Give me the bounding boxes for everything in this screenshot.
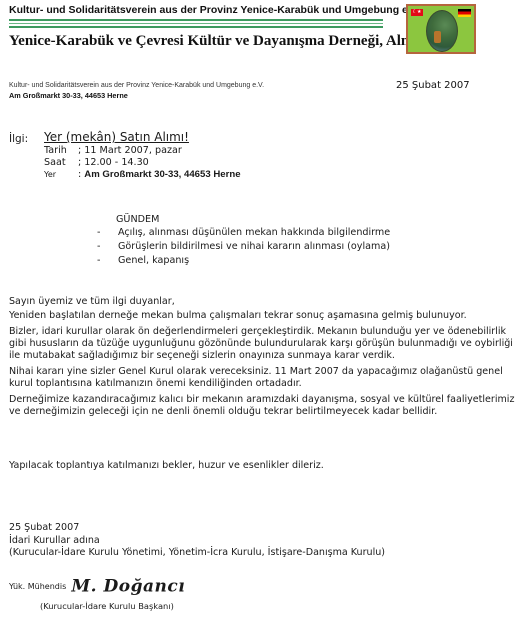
body-paragraph: Nihai kararı yine sizler Genel Kurul ola…	[9, 366, 519, 390]
meeting-place-key: Yer	[44, 170, 78, 179]
body-paragraph: Yeniden başlatılan derneğe mekan bulma ç…	[9, 310, 519, 322]
letterhead-org-name-german: Kultur- und Solidaritätsverein aus der P…	[9, 4, 420, 16]
meeting-time-row: Saat; 12.00 - 14.30	[44, 157, 149, 168]
body-paragraph: Derneğimize kazandıracağımız kalıcı bir …	[9, 394, 519, 418]
signer: Yük. Mühendis M. Doğancı	[9, 576, 185, 597]
meeting-date-key: Tarih	[44, 145, 78, 156]
bullet-dash: -	[97, 254, 118, 268]
letter-body: Sayın üyemiz ve tüm ilgi duyanlar, Yenid…	[9, 296, 519, 422]
signature-on-behalf: İdari Kurullar adına	[9, 535, 385, 548]
body-paragraph: Bizler, idari kurullar olarak ön değerle…	[9, 326, 519, 362]
signer-name: M. Doğancı	[71, 577, 185, 597]
agenda-title: GÜNDEM	[116, 214, 390, 225]
agenda-item: -Genel, kapanış	[97, 254, 390, 268]
meeting-date-value: 11 Mart 2007, pazar	[84, 145, 182, 156]
sender-name: Kultur- und Solidaritätsverein aus der P…	[9, 82, 264, 89]
meeting-place-sep: :	[78, 169, 81, 180]
agenda-item-text: Genel, kapanış	[118, 255, 189, 266]
meeting-time-value: 12.00 - 14.30	[84, 157, 149, 168]
agenda-item: -Görüşlerin bildirilmesi ve nihai kararı…	[97, 240, 390, 254]
turkey-flag-icon: ☾★	[411, 9, 423, 16]
meeting-place-value: Am Großmarkt 30-33, 44653 Herne	[84, 169, 240, 180]
bullet-dash: -	[97, 240, 118, 254]
sender-address: Am Großmarkt 30-33, 44653 Herne	[9, 91, 128, 100]
agenda-item-text: Görüşlerin bildirilmesi ve nihai kararın…	[118, 241, 390, 252]
landscape-emblem-icon	[426, 10, 458, 52]
meeting-date-row: Tarih; 11 Mart 2007, pazar	[44, 145, 182, 156]
agenda-item: -Açılış, alınması düşünülen mekan hakkın…	[97, 226, 390, 240]
germany-flag-icon	[458, 9, 471, 17]
meeting-date-sep: ;	[78, 145, 81, 156]
closing-line: Yapılacak toplantıya katılmanızı bekler,…	[9, 460, 324, 471]
letterhead-divider	[9, 19, 383, 31]
agenda-item-text: Açılış, alınması düşünülen mekan hakkınd…	[118, 227, 390, 238]
signature-committees: (Kurucular-İdare Kurulu Yönetimi, Yöneti…	[9, 547, 385, 560]
agenda-list: -Açılış, alınması düşünülen mekan hakkın…	[116, 226, 390, 268]
meeting-place-row: Yer: Am Großmarkt 30-33, 44653 Herne	[44, 169, 241, 180]
signer-title: Yük. Mühendis	[9, 582, 66, 591]
signer-role: (Kurucular-İdare Kurulu Başkanı)	[40, 601, 174, 611]
association-logo: ☾★	[406, 4, 476, 54]
letterhead-org-name-turkish: Yenice-Karabük ve Çevresi Kültür ve Daya…	[9, 33, 444, 50]
salutation: Sayın üyemiz ve tüm ilgi duyanlar,	[9, 296, 519, 308]
signature-date: 25 Şubat 2007	[9, 522, 385, 535]
meeting-time-sep: ;	[78, 157, 81, 168]
subject-label: İlgi:	[9, 133, 28, 145]
signature-block: 25 Şubat 2007 İdari Kurullar adına (Kuru…	[9, 522, 385, 560]
meeting-time-key: Saat	[44, 157, 78, 168]
agenda: GÜNDEM -Açılış, alınması düşünülen mekan…	[116, 214, 390, 268]
subject-title: Yer (mekân) Satın Alımı!	[44, 130, 189, 144]
letter-date: 25 Şubat 2007	[396, 80, 470, 91]
bullet-dash: -	[97, 226, 118, 240]
